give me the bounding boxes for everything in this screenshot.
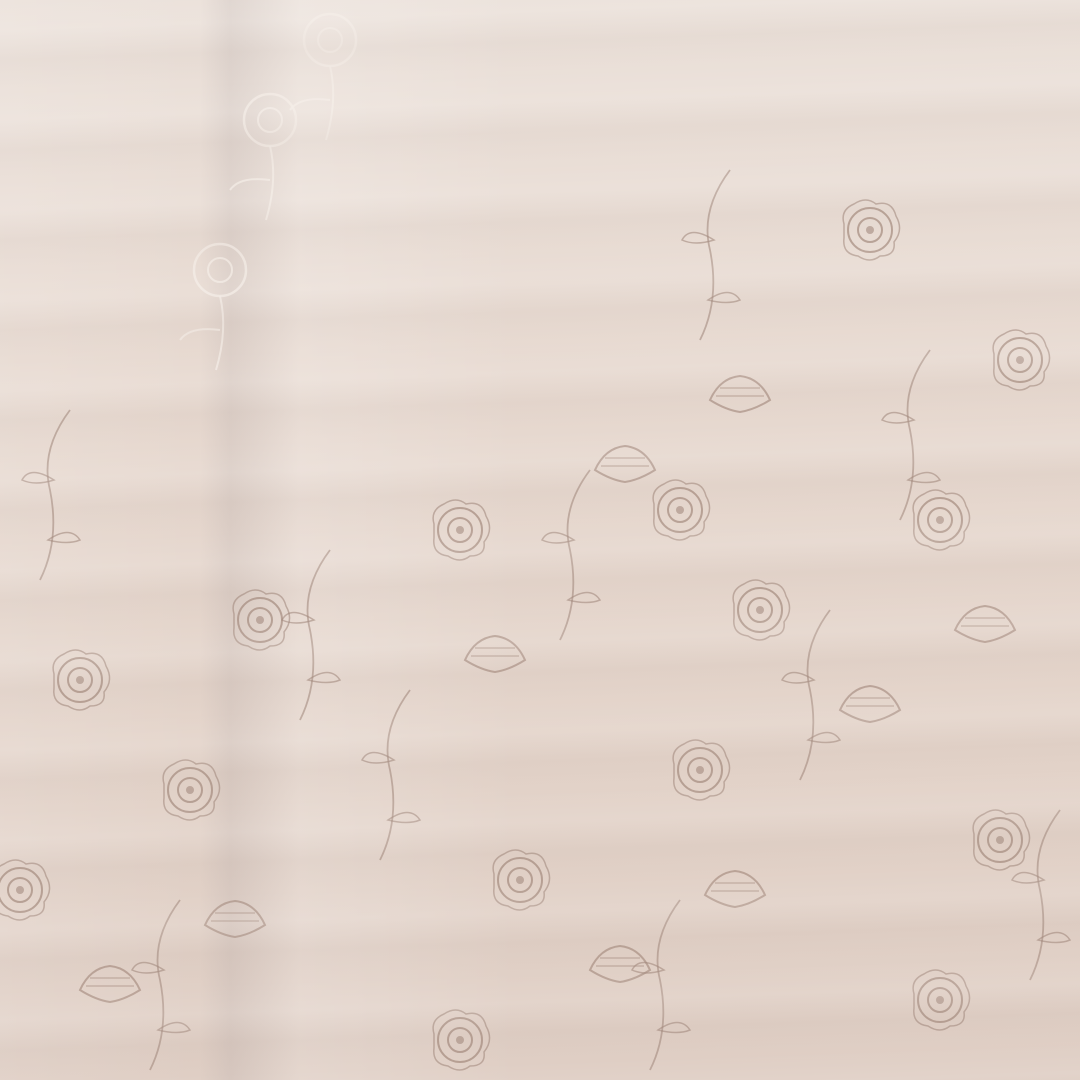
fabric-photo: Close-up photograph of pale blush/cream … [0,0,1080,1080]
stem-motifs [22,170,1070,1070]
flower-motifs [0,200,1050,1070]
light-motifs [180,14,356,370]
fan-motifs [80,376,1015,1002]
floral-damask-pattern [0,0,1080,1080]
